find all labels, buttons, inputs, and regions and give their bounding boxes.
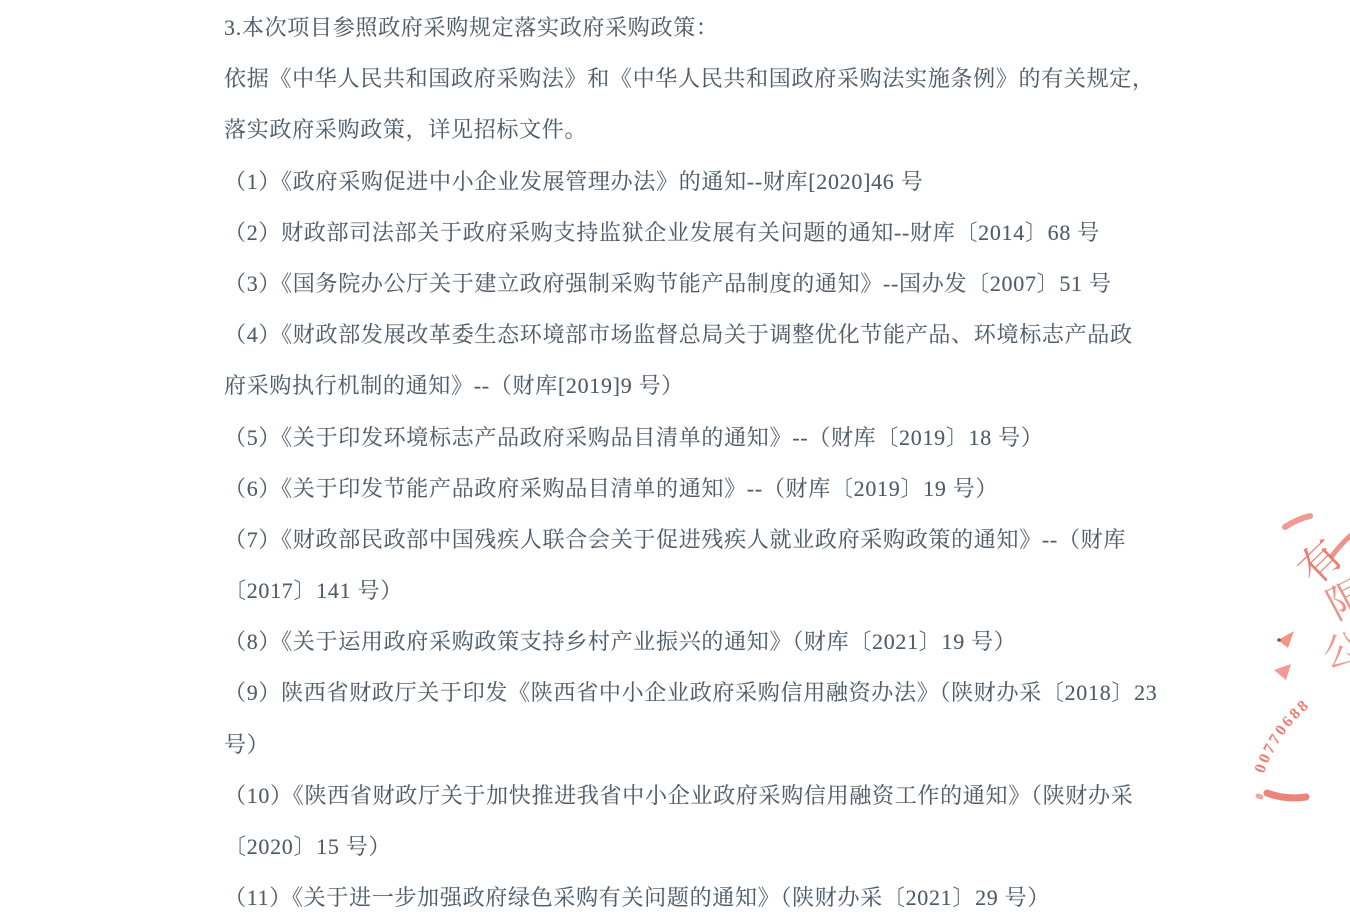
document-line: 3.本次项目参照政府采购规定落实政府采购政策： — [224, 2, 1350, 53]
document-line: （8）《关于运用政府采购政策支持乡村产业振兴的通知》（财库〔2021〕19 号） — [224, 616, 1350, 667]
document-line: （5）《关于印发环境标志产品政府采购品目清单的通知》--（财库〔2019〕18 … — [224, 412, 1350, 463]
document-page: 3.本次项目参照政府采购规定落实政府采购政策：依据《中华人民共和国政府采购法》和… — [0, 0, 1350, 922]
document-line: 府采购执行机制的通知》--（财库[2019]9 号） — [224, 360, 1350, 411]
document-line: 落实政府采购政策，详见招标文件。 — [224, 104, 1350, 155]
document-line: 〔2017〕141 号） — [224, 565, 1350, 616]
document-body: 3.本次项目参照政府采购规定落实政府采购政策：依据《中华人民共和国政府采购法》和… — [224, 2, 1350, 922]
document-line: （11）《关于进一步加强政府绿色采购有关问题的通知》（陕财办采〔2021〕29 … — [224, 872, 1350, 922]
document-line: 〔2020〕15 号） — [224, 821, 1350, 872]
document-line: （3）《国务院办公厅关于建立政府强制采购节能产品制度的通知》--国办发〔2007… — [224, 258, 1350, 309]
document-line: （4）《财政部发展改革委生态环境部市场监督总局关于调整优化节能产品、环境标志产品… — [224, 309, 1350, 360]
document-line: 依据《中华人民共和国政府采购法》和《中华人民共和国政府采购法实施条例》的有关规定… — [224, 53, 1350, 104]
document-line: （1）《政府采购促进中小企业发展管理办法》的通知--财库[2020]46 号 — [224, 156, 1350, 207]
document-line: （7）《财政部民政部中国残疾人联合会关于促进残疾人就业政府采购政策的通知》--（… — [224, 514, 1350, 565]
document-line: （9）陕西省财政厅关于印发《陕西省中小企业政府采购信用融资办法》（陕财办采〔20… — [224, 667, 1350, 718]
document-line: （6）《关于印发节能产品政府采购品目清单的通知》--（财库〔2019〕19 号） — [224, 463, 1350, 514]
document-line: 号） — [224, 719, 1350, 770]
document-line: （2）财政部司法部关于政府采购支持监狱企业发展有关问题的通知--财库〔2014〕… — [224, 207, 1350, 258]
document-line: （10）《陕西省财政厅关于加快推进我省中小企业政府采购信用融资工作的通知》（陕财… — [224, 770, 1350, 821]
